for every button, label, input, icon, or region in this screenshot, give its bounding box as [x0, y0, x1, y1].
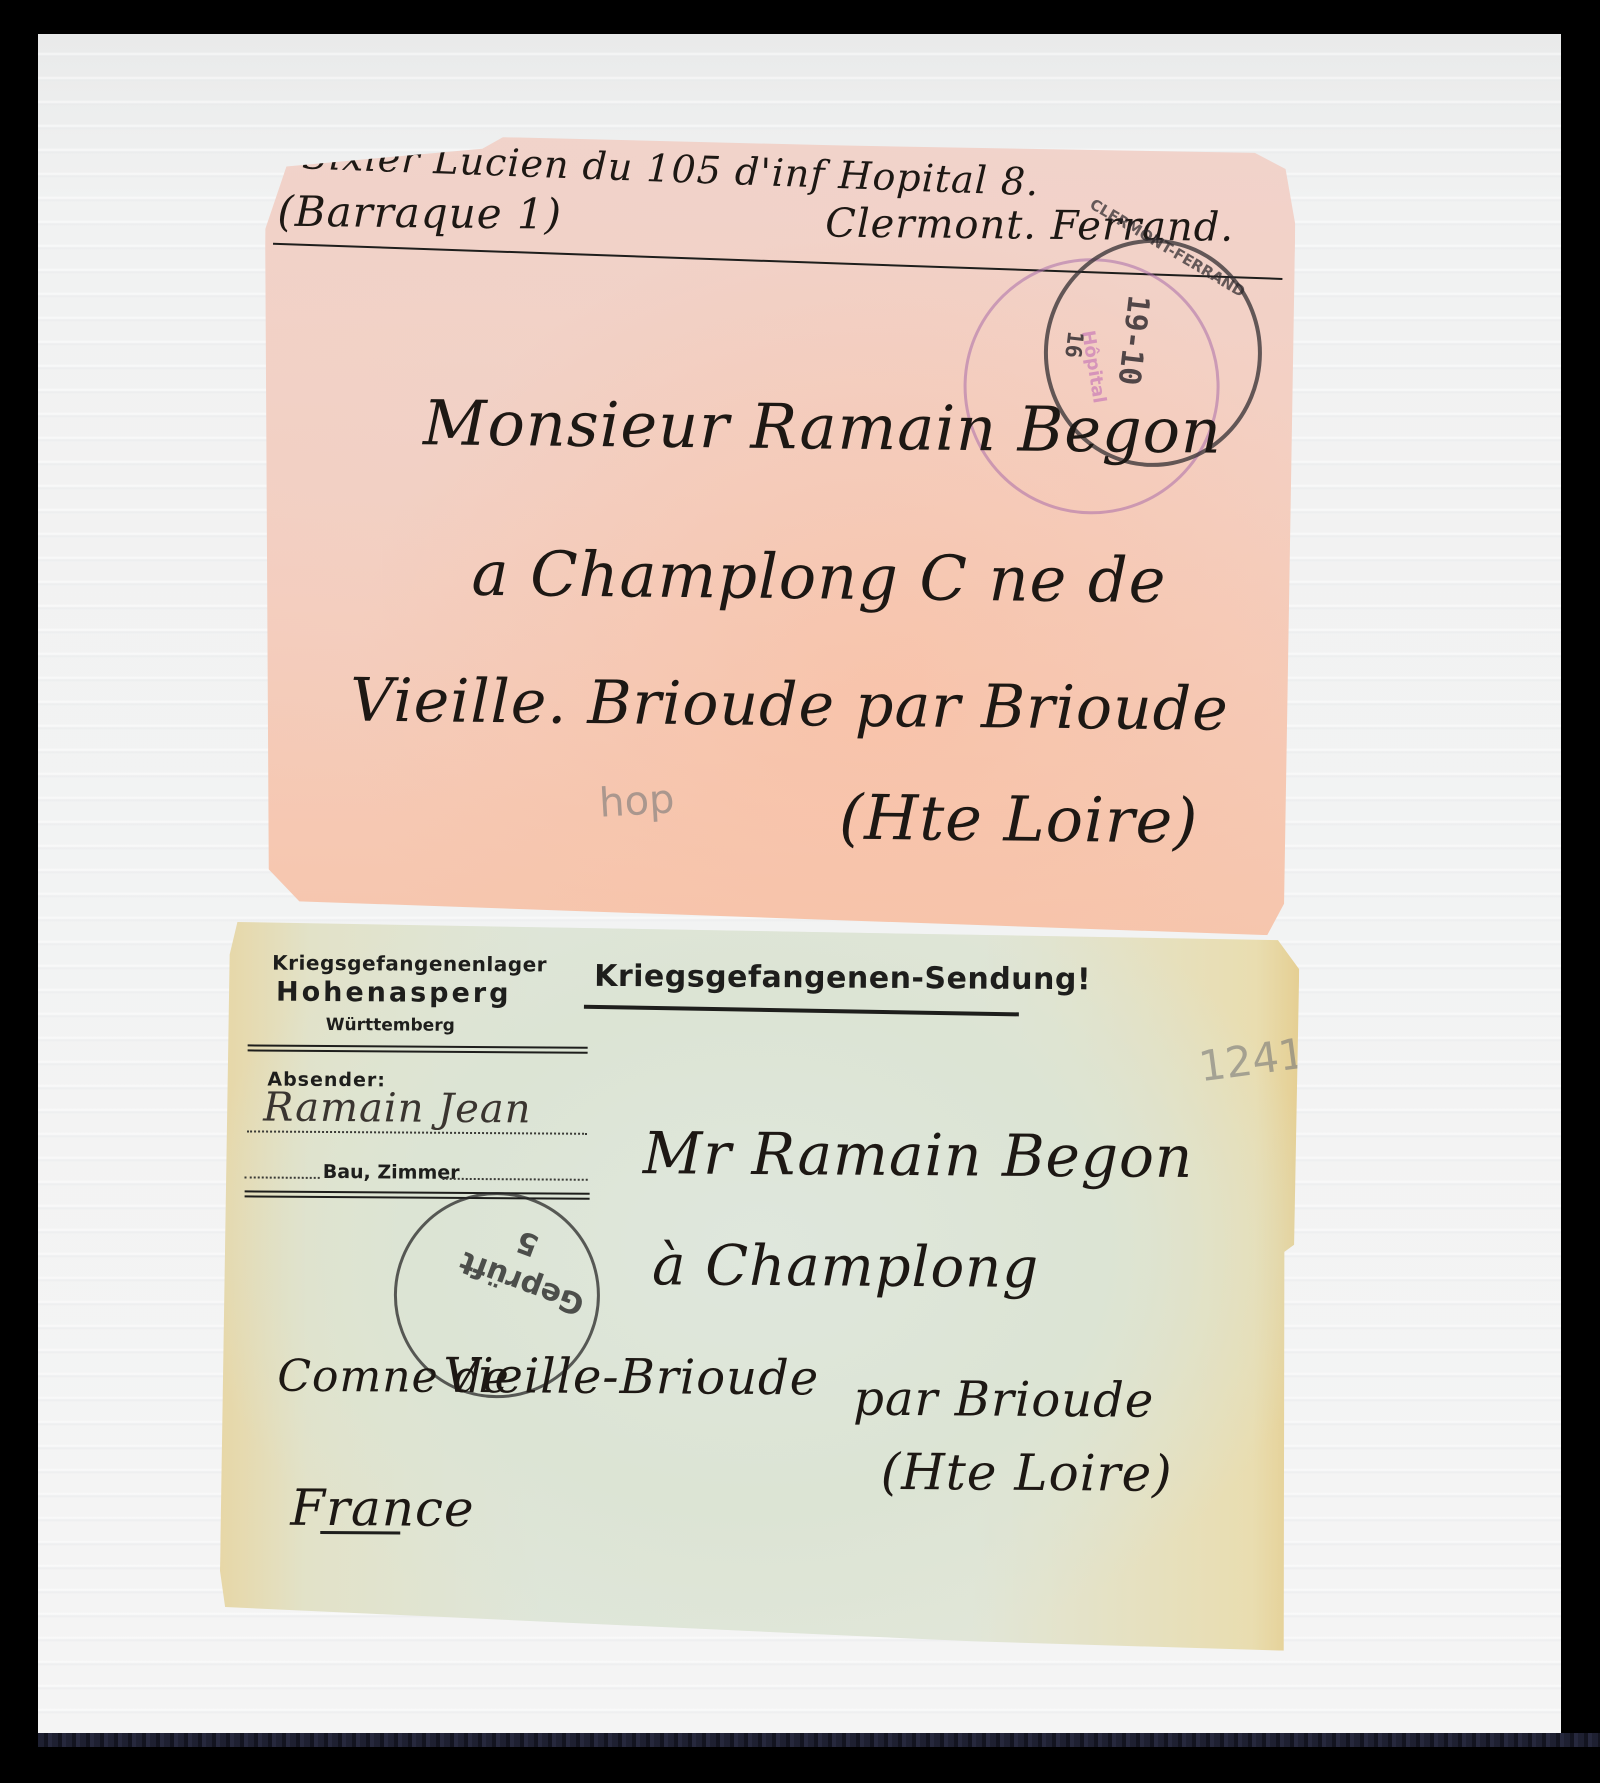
block-dotted-left [245, 1176, 320, 1179]
address-line-3c: par Brioude [853, 1371, 1154, 1429]
camp-rule-2 [248, 1049, 588, 1053]
address-line-5: France [290, 1479, 475, 1538]
scan-edge-strip [38, 1733, 1600, 1747]
pencil-note-bottom: 1241 [1196, 1029, 1308, 1092]
france-underline [320, 1531, 400, 1535]
censor-stamp-number: 5 [512, 1223, 544, 1263]
block-rule-1 [245, 1190, 590, 1194]
envelope-top: Sixier Lucien du 105 d'inf Hopital 8. (B… [258, 135, 1296, 936]
address-line-3: Vieille. Brioude par Brioude [350, 666, 1229, 745]
postmark-year: 16 [1059, 330, 1087, 359]
heading-underline [584, 1005, 1019, 1017]
camp-name-line-2: Hohenasperg [276, 977, 512, 1010]
envelope-bottom: Kriegsgefangenenlager Hohenasperg Württe… [219, 918, 1299, 1650]
pencil-note-top: hop [598, 776, 676, 826]
block-dotted-right [443, 1178, 588, 1181]
address-line-4: (Hte Loire) [880, 1443, 1172, 1503]
address-line-4: (Hte Loire) [839, 781, 1199, 858]
block-rule-2 [245, 1195, 590, 1199]
camp-rule-1 [248, 1044, 588, 1048]
sender-line-2a: (Barraque 1) [277, 187, 562, 239]
address-line-1: Monsieur Ramain Begon [423, 386, 1223, 467]
sender-name: Ramain Jean [263, 1085, 532, 1133]
address-line-2: à Champlong [652, 1233, 1039, 1301]
block-label: Bau, Zimmer [323, 1161, 460, 1184]
postmark-date: 19-10 [1111, 293, 1156, 387]
camp-name-line-3: Württemberg [326, 1015, 455, 1036]
heading-kriegsgefangenen-sendung: Kriegsgefangenen-Sendung! [594, 959, 1091, 997]
address-line-3b: Vieille-Brioude [443, 1348, 819, 1407]
camp-name-line-1: Kriegsgefangenenlager [272, 951, 547, 977]
address-line-1: Mr Ramain Begon [643, 1119, 1194, 1191]
address-line-2: a Champlong C ne de [471, 537, 1167, 617]
